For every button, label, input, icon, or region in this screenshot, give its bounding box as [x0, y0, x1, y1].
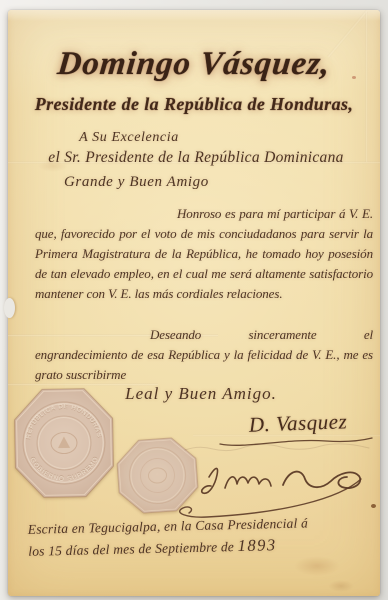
dateline: Escrita en Tegucigalpa, en la Casa Presi…: [28, 511, 365, 562]
ink-showthrough-marks: [183, 440, 373, 456]
address-greeting: Grande y Buen Amigo: [64, 174, 209, 191]
address-recipient: el Sr. Presidente de la República Domini…: [28, 149, 364, 167]
countersignature-end: [283, 472, 360, 488]
paper-edge-chip: [4, 298, 15, 318]
sender-name: Domingo Vásquez,: [6, 46, 382, 83]
stain-spot: [294, 556, 340, 576]
sender-office: Presidente de la República de Honduras,: [8, 94, 380, 115]
dateline-date-text: los 15 días del mes de Septiembre de: [28, 539, 238, 559]
countersignature-initial: [202, 468, 218, 493]
body-paragraph-1: Honroso es para mí participar á V. E. qu…: [35, 204, 373, 304]
document-photo: Domingo Vásquez, Presidente de la Repúbl…: [0, 0, 388, 600]
paper-edge-highlight: [8, 10, 380, 21]
embossed-seal-large: REPÚBLICA DE HONDURAS REPÚBLICA DE HONDU…: [13, 387, 115, 499]
body-paragraph-2: Deseando sinceramente el engrandecimient…: [35, 325, 373, 385]
stain-spot: [328, 580, 354, 592]
crease-line: [365, 12, 368, 162]
seal-large-graphic: REPÚBLICA DE HONDURAS REPÚBLICA DE HONDU…: [13, 387, 115, 499]
ghost-stroke: [185, 444, 369, 451]
countersignature-middle: [225, 477, 271, 488]
address-excellency: A Su Excelencia: [8, 130, 250, 146]
letter-paper: Domingo Vásquez, Presidente de la Repúbl…: [8, 10, 380, 596]
dateline-year: 1893: [237, 535, 276, 555]
